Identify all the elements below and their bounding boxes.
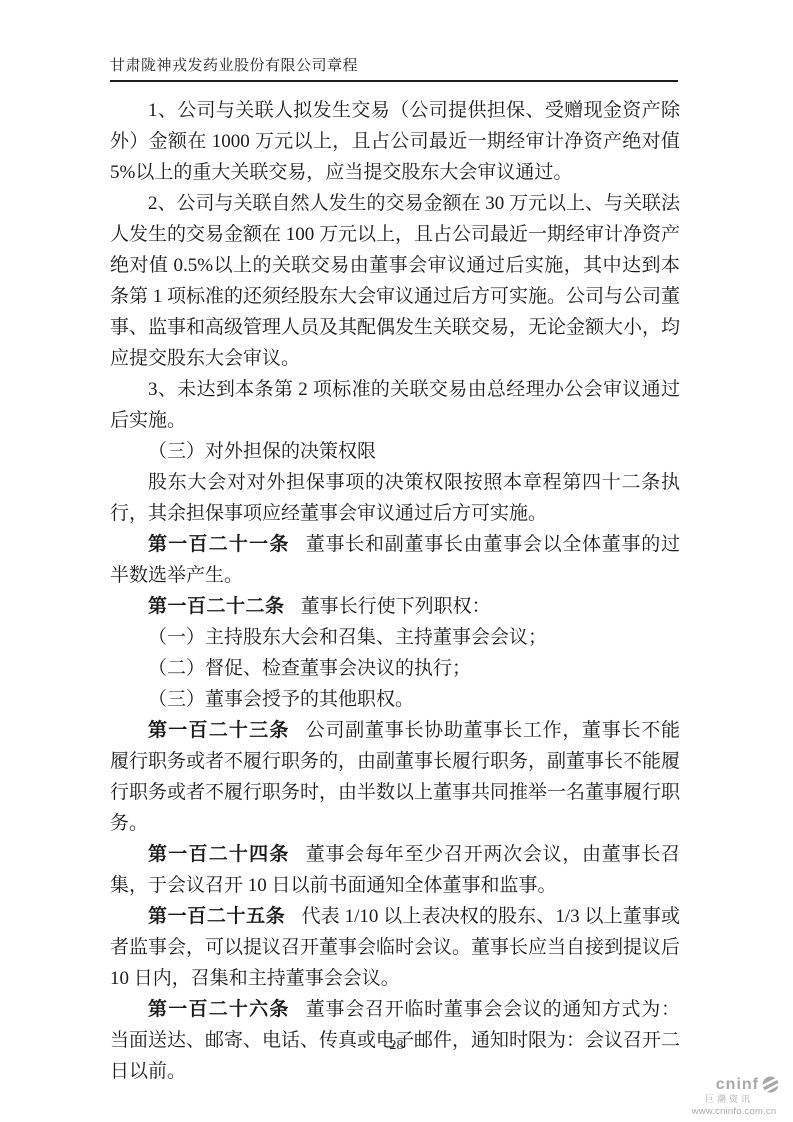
page-header: 甘肃陇神戎发药业股份有限公司章程 bbox=[110, 54, 678, 82]
cninfo-brand-row: cninf bbox=[688, 1076, 780, 1093]
cninfo-url: www.cninfo.com.cn bbox=[688, 1107, 780, 1117]
cninfo-brand-text: cninf bbox=[716, 1077, 759, 1093]
cninfo-globe-icon bbox=[761, 1076, 780, 1093]
article-number: 第一百二十五条 bbox=[148, 906, 285, 927]
paragraph-text: 董事长行使下列职权： bbox=[301, 596, 491, 617]
paragraph-text: （三）董事会授予的其他职权。 bbox=[148, 689, 414, 710]
cninfo-watermark: cninf 巨潮资讯 www.cninfo.com.cn bbox=[688, 1076, 780, 1117]
document-page: 甘肃陇神戎发药业股份有限公司章程 1、公司与关联人拟发生交易（公司提供担保、受赠… bbox=[0, 0, 793, 1122]
paragraph: 第一百二十三条公司副董事长协助董事长工作，董事长不能履行职务或者不履行职务的，由… bbox=[110, 715, 680, 839]
article-number: 第一百二十二条 bbox=[148, 596, 285, 617]
paragraph-text: （一）主持股东大会和召集、主持董事会会议； bbox=[148, 627, 547, 648]
document-body: 1、公司与关联人拟发生交易（公司提供担保、受赠现金资产除外）金额在 1000 万… bbox=[110, 95, 680, 1087]
paragraph-text: （三）对外担保的决策权限 bbox=[148, 441, 376, 462]
paragraph-text: 股东大会对对外担保事项的决策权限按照本章程第四十二条执行，其余担保事项应经董事会… bbox=[110, 472, 680, 524]
paragraph-text: （二）督促、检查董事会决议的执行； bbox=[148, 658, 471, 679]
paragraph-text: 3、未达到本条第 2 项标准的关联交易由总经理办公会审议通过后实施。 bbox=[110, 379, 680, 431]
paragraph: （三）对外担保的决策权限 bbox=[110, 436, 680, 467]
cninfo-chinese-name: 巨潮资讯 bbox=[688, 1095, 780, 1104]
article-number: 第一百二十六条 bbox=[148, 999, 290, 1020]
paragraph: 2、公司与关联自然人发生的交易金额在 30 万元以上、与关联法人发生的交易金额在… bbox=[110, 188, 680, 374]
paragraph-text: 2、公司与关联自然人发生的交易金额在 30 万元以上、与关联法人发生的交易金额在… bbox=[110, 193, 680, 369]
paragraph: 第一百二十四条董事会每年至少召开两次会议，由董事长召集，于会议召开 10 日以前… bbox=[110, 839, 680, 901]
paragraph: 1、公司与关联人拟发生交易（公司提供担保、受赠现金资产除外）金额在 1000 万… bbox=[110, 95, 680, 188]
article-number: 第一百二十四条 bbox=[148, 844, 290, 865]
paragraph: 第一百二十二条董事长行使下列职权： bbox=[110, 591, 680, 622]
paragraph: 股东大会对对外担保事项的决策权限按照本章程第四十二条执行，其余担保事项应经董事会… bbox=[110, 467, 680, 529]
paragraph: （二）督促、检查董事会决议的执行； bbox=[110, 653, 680, 684]
header-title: 甘肃陇神戎发药业股份有限公司章程 bbox=[110, 54, 678, 75]
page-number: 28 bbox=[0, 1038, 793, 1054]
paragraph: 第一百二十一条董事长和副董事长由董事会以全体董事的过半数选举产生。 bbox=[110, 529, 680, 591]
article-number: 第一百二十一条 bbox=[148, 534, 290, 555]
paragraph: 3、未达到本条第 2 项标准的关联交易由总经理办公会审议通过后实施。 bbox=[110, 374, 680, 436]
paragraph: 第一百二十五条代表 1/10 以上表决权的股东、1/3 以上董事或者监事会，可以… bbox=[110, 901, 680, 994]
paragraph-text: 1、公司与关联人拟发生交易（公司提供担保、受赠现金资产除外）金额在 1000 万… bbox=[110, 100, 680, 183]
paragraph: （三）董事会授予的其他职权。 bbox=[110, 684, 680, 715]
paragraph: （一）主持股东大会和召集、主持董事会会议； bbox=[110, 622, 680, 653]
article-number: 第一百二十三条 bbox=[148, 720, 290, 741]
